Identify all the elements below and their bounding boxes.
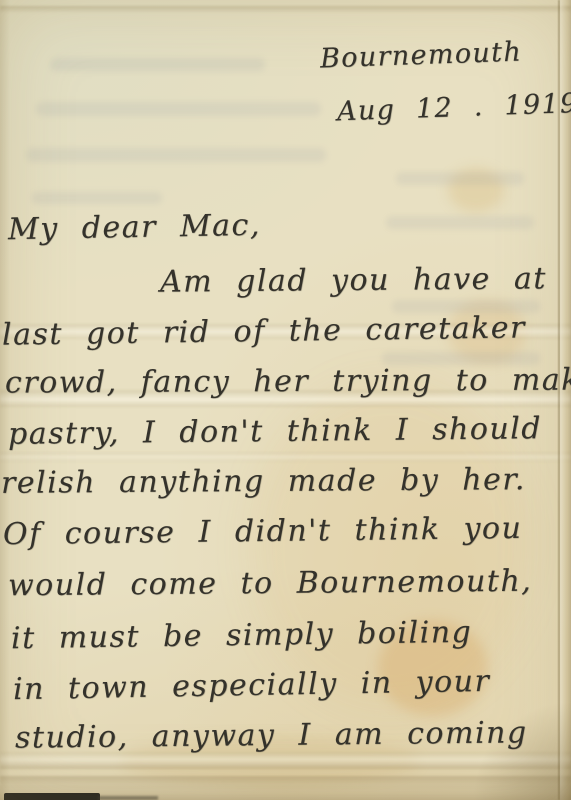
crease-fold-faint [0,452,571,462]
letter-body-line: in town especially in your [13,664,491,707]
show-through-mark [396,172,524,185]
paper-edge-bottom-shade [0,784,571,800]
crease-bottom-shadow [0,776,571,792]
letter-body-line: relish anything made by her. [1,462,526,501]
letter-scan: Bournemouth Aug 12 . 1919. My dear Mac, … [0,0,571,800]
letter-body-line: Am glad you have at [160,261,547,299]
letter-body-line: it must be simply boiling [11,615,473,656]
paper-edge-right-sliver [560,0,571,800]
paper-fold-right-line [558,0,560,800]
show-through-mark [50,58,265,71]
show-through-mark [32,192,162,204]
letter-salutation: My dear Mac, [8,208,261,247]
letter-body-line: pastry, I don't think I should [8,411,542,452]
crease-top-edge [0,6,571,13]
stain-top-right [448,168,504,212]
background-gap-bottom-left [98,796,158,800]
letter-body-line: Of course I didn't think you [3,511,523,552]
letter-body-line: studio, anyway I am coming [15,715,528,755]
background-gap-bottom-left [4,793,100,800]
letter-body-line: would come to Bournemouth, [8,564,533,604]
letter-body-line: crowd, fancy her trying to make [5,362,571,400]
show-through-mark [386,216,534,229]
show-through-mark [36,102,321,116]
show-through-mark [26,148,326,162]
letter-body-line: last got rid of the caretaker [2,310,526,352]
letter-date: Aug 12 . 1919. [337,88,571,128]
letter-place: Bournemouth [320,36,523,74]
